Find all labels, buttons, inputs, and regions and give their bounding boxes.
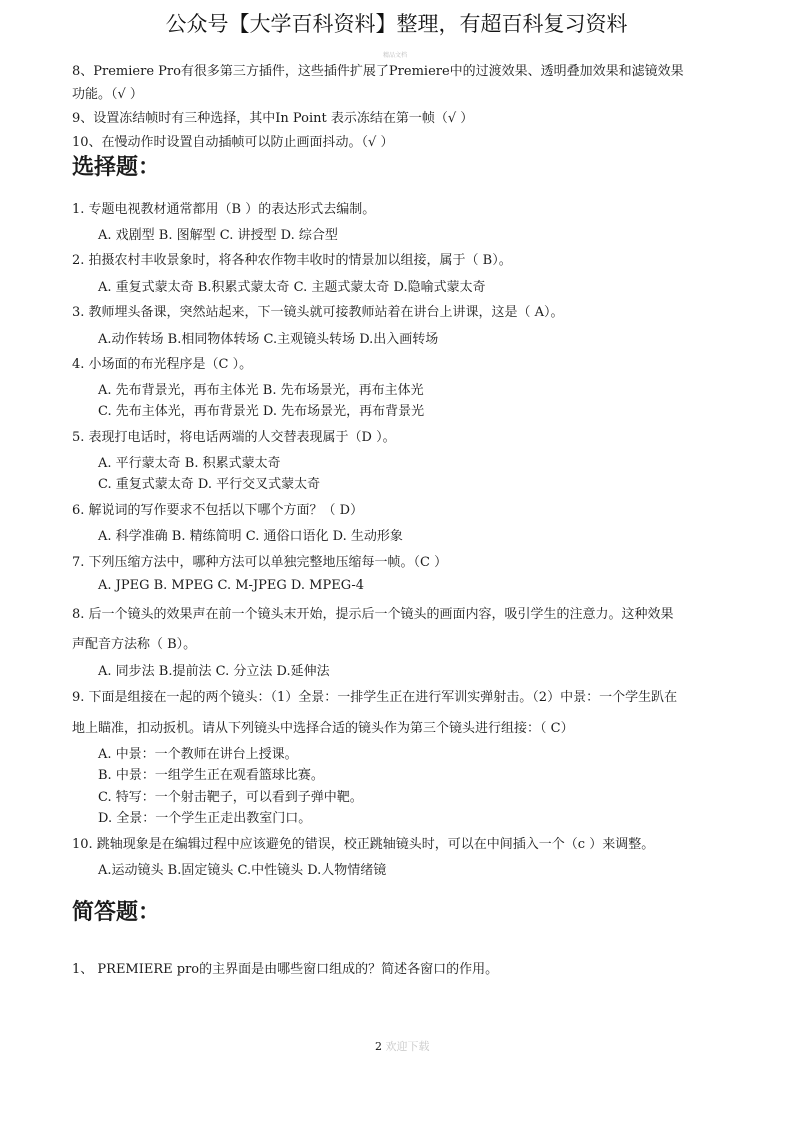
question-8-line2: 声配音方法称（ B）。 [72, 633, 196, 652]
question-10: 10. 跳轴现象是在编辑过程中应该避免的错误，校正跳轴镜头时，可以在中间插入一个… [72, 833, 654, 852]
section-title-short-answer: 简答题： [72, 895, 160, 926]
tf-item-10: 10、在慢动作时设置自动插帧可以防止画面抖动。（√ ） [72, 131, 393, 150]
short-question-1: 1、 PREMIERE pro的主界面是由哪些窗口组成的？简述各窗口的作用。 [72, 958, 498, 977]
question-5: 5. 表现打电话时，将电话两端的人交替表现属于（D ）。 [72, 426, 396, 445]
page-header-title: 公众号【大学百科资料】整理，有超百科复习资料 [0, 8, 793, 38]
download-text: 欢迎下载 [386, 1040, 430, 1053]
question-4-options-1: A. 先布背景光，再布主体光 B. 先布场景光，再布主体光 [98, 379, 424, 398]
page-footer: 2 欢迎下载 [375, 1038, 430, 1054]
question-9-option-d: D. 全景：一个学生正走出教室门口。 [98, 807, 311, 826]
question-9-line2: 地上瞄准，扣动扳机。请从下列镜头中选择合适的镜头作为第三个镜头进行组接：（ C） [72, 717, 574, 736]
question-5-options-1: A. 平行蒙太奇 B. 积累式蒙太奇 [98, 452, 281, 471]
question-3: 3. 教师埋头备课，突然站起来，下一镜头就可接教师站着在讲台上讲课，这是（ A）… [72, 301, 564, 320]
question-4: 4. 小场面的布光程序是（C ）。 [72, 353, 252, 372]
question-1-options: A. 戏剧型 B. 图解型 C. 讲授型 D. 综合型 [98, 224, 338, 243]
question-8-options: A. 同步法 B.提前法 C. 分立法 D.延伸法 [98, 660, 330, 679]
tf-item-9: 9、设置冻结帧时有三种选择，其中In Point 表示冻结在第一帧（√ ） [72, 107, 473, 126]
question-9-option-c: C. 特写：一个射击靶子，可以看到子弹中靶。 [98, 786, 363, 805]
question-7: 7. 下列压缩方法中，哪种方法可以单独完整地压缩每一帧。（C ） [72, 551, 447, 570]
tf-item-8-line1: 8、Premiere Pro有很多第三方插件，这些插件扩展了Premiere中的… [72, 60, 684, 79]
question-2: 2. 拍摄农村丰收景象时，将各种农作物丰收时的情景加以组接，属于（ B）。 [72, 249, 512, 268]
section-title-choice: 选择题： [72, 150, 160, 181]
question-9-option-b: B. 中景：一组学生正在观看篮球比赛。 [98, 764, 324, 783]
question-7-options: A. JPEG B. MPEG C. M-JPEG D. MPEG-4 [98, 578, 364, 593]
question-6: 6. 解说词的写作要求不包括以下哪个方面？（ D） [72, 499, 363, 518]
watermark: 精品文档 [383, 50, 407, 59]
question-8-line1: 8. 后一个镜头的效果声在前一个镜头末开始，提示后一个镜头的画面内容，吸引学生的… [72, 603, 674, 622]
question-9-line1: 9. 下面是组接在一起的两个镜头：（1）全景：一排学生正在进行军训实弹射击。（2… [72, 686, 677, 705]
question-3-options: A.动作转场 B.相同物体转场 C.主观镜头转场 D.出入画转场 [98, 328, 438, 347]
question-9-option-a: A. 中景：一个教师在讲台上授课。 [98, 743, 298, 762]
question-5-options-2: C. 重复式蒙太奇 D. 平行交叉式蒙太奇 [98, 473, 320, 492]
question-1: 1. 专题电视教材通常都用（B ）的表达形式去编制。 [72, 198, 375, 217]
question-10-options: A.运动镜头 B.固定镜头 C.中性镜头 D.人物情绪镜 [98, 859, 386, 878]
question-4-options-2: C. 先布主体光，再布背景光 D. 先布场景光，再布背景光 [98, 400, 424, 419]
question-6-options: A. 科学准确 B. 精练简明 C. 通俗口语化 D. 生动形象 [98, 525, 403, 544]
tf-item-8-line2: 功能。（√ ） [72, 83, 143, 102]
question-2-options: A. 重复式蒙太奇 B.积累式蒙太奇 C. 主题式蒙太奇 D.隐喻式蒙太奇 [98, 276, 486, 295]
page-number: 2 [375, 1040, 382, 1053]
